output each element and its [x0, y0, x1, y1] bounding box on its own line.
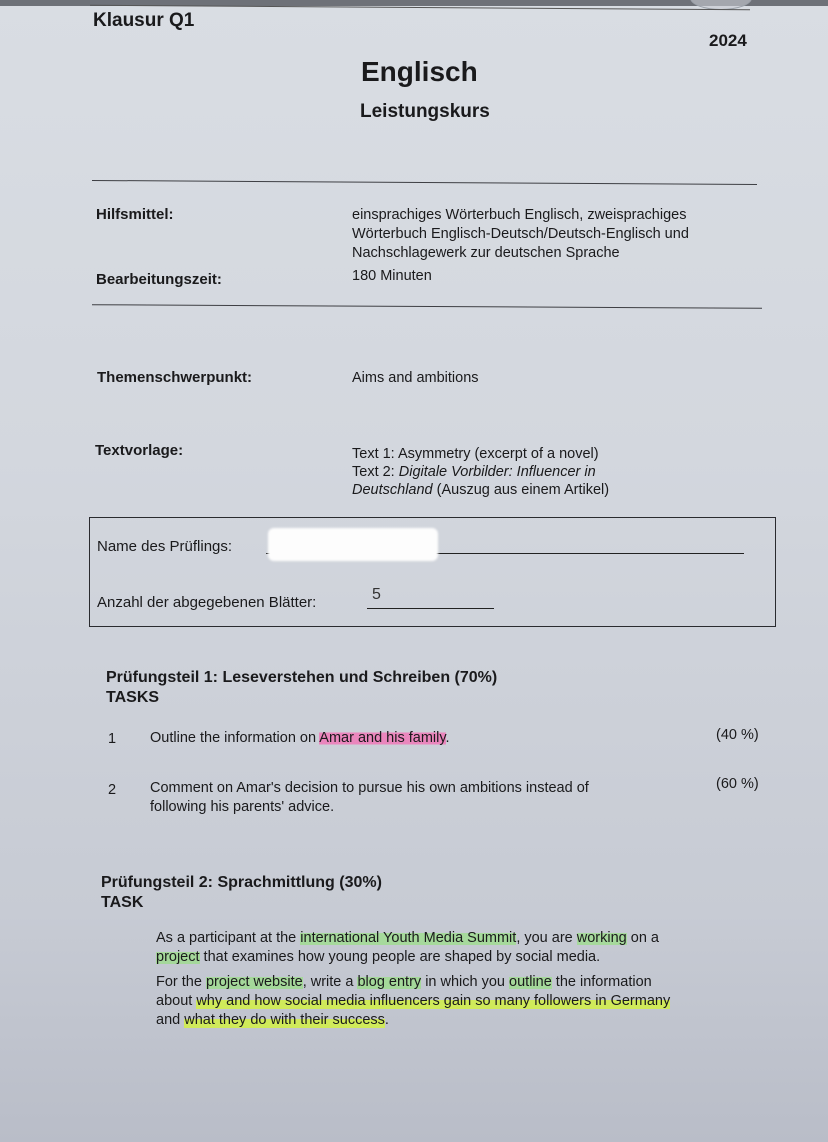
- name-label: Name des Prüflings:: [97, 538, 232, 555]
- task1-text-end: .: [446, 730, 450, 746]
- task2-number: 2: [108, 782, 116, 798]
- text2-title-cont: Deutschland: [352, 482, 433, 498]
- task1-weight: (40 %): [716, 727, 759, 743]
- divider-middle: [92, 304, 762, 309]
- text2-prefix: Text 2:: [352, 464, 399, 480]
- course-title: Leistungskurs: [360, 101, 490, 123]
- sheets-handwritten-value: 5: [372, 586, 381, 604]
- aids-value: einsprachiges Wörterbuch Englisch, zweis…: [352, 206, 689, 263]
- aids-label: Hilfsmittel:: [96, 206, 174, 223]
- highlight-green: project website: [206, 974, 303, 990]
- text-run: For the: [156, 974, 206, 990]
- para2-line3: and what they do with their success.: [156, 1011, 756, 1030]
- task2-line1: Comment on Amar's decision to pursue his…: [150, 779, 589, 798]
- focus-value: Aims and ambitions: [352, 370, 479, 386]
- text1-line: Text 1: Asymmetry (excerpt of a novel): [352, 445, 609, 463]
- task1-number: 1: [108, 731, 116, 747]
- texts-value: Text 1: Asymmetry (excerpt of a novel) T…: [352, 445, 609, 499]
- task1-text-start: Outline the information on: [150, 730, 319, 746]
- aids-line: Nachschlagewerk zur deutschen Sprache: [352, 244, 689, 263]
- aids-line: einsprachiges Wörterbuch Englisch, zweis…: [352, 206, 689, 225]
- text-run: As a participant at the: [156, 930, 300, 946]
- highlight-yellow: why and how social media influencers gai…: [196, 993, 670, 1009]
- task1-text: Outline the information on Amar and his …: [150, 730, 450, 746]
- part1-subtitle: TASKS: [106, 689, 159, 707]
- highlight-green: international Youth Media Summit: [300, 930, 516, 946]
- para1-line2: project that examines how young people a…: [156, 948, 756, 967]
- time-label: Bearbeitungszeit:: [96, 271, 222, 288]
- para2-line2: about why and how social media influence…: [156, 992, 756, 1011]
- name-redaction: [268, 528, 438, 561]
- text-run: , you are: [516, 930, 576, 946]
- part2-paragraph-1: As a participant at the international Yo…: [156, 929, 756, 967]
- exam-cover-page: Klausur Q1 2024 Englisch Leistungskurs H…: [0, 0, 828, 1142]
- task2-line2: following his parents' advice.: [150, 798, 589, 817]
- part2-subtitle: TASK: [101, 894, 143, 912]
- subject-title: Englisch: [361, 56, 478, 88]
- para2-line1: For the project website, write a blog en…: [156, 973, 756, 992]
- part2-paragraph-2: For the project website, write a blog en…: [156, 973, 756, 1030]
- sheets-field[interactable]: [367, 608, 494, 609]
- aids-line: Wörterbuch Englisch-Deutsch/Deutsch-Engl…: [352, 225, 689, 244]
- text2-suffix: (Auszug aus einem Artikel): [433, 482, 610, 498]
- text-run: in which you: [421, 974, 509, 990]
- highlight-green: working: [577, 930, 627, 946]
- time-value: 180 Minuten: [352, 268, 432, 284]
- task1-highlight: Amar and his family: [319, 730, 445, 746]
- highlight-green: project: [156, 949, 200, 965]
- highlight-green: blog entry: [357, 974, 421, 990]
- part1-title: Prüfungsteil 1: Leseverstehen und Schrei…: [106, 669, 497, 687]
- part2-title: Prüfungsteil 2: Sprachmittlung (30%): [101, 874, 382, 892]
- text2-line2: Deutschland (Auszug aus einem Artikel): [352, 481, 609, 499]
- text-run: about: [156, 993, 196, 1009]
- exam-year: 2024: [709, 31, 747, 51]
- task2-text: Comment on Amar's decision to pursue his…: [150, 779, 589, 817]
- texts-label: Textvorlage:: [95, 442, 183, 459]
- task2-weight: (60 %): [716, 776, 759, 792]
- text2-line1: Text 2: Digitale Vorbilder: Influencer i…: [352, 463, 609, 481]
- text-run: on a: [627, 930, 659, 946]
- focus-label: Themenschwerpunkt:: [97, 369, 252, 386]
- text-run: and: [156, 1012, 184, 1028]
- text-run: .: [385, 1012, 389, 1028]
- text-run: , write a: [303, 974, 358, 990]
- sheets-label: Anzahl der abgegebenen Blätter:: [97, 594, 316, 611]
- exam-label: Klausur Q1: [93, 10, 194, 32]
- text2-title: Digitale Vorbilder: Influencer in: [399, 464, 596, 480]
- text-run: the information: [552, 974, 652, 990]
- text-run: that examines how young people are shape…: [200, 949, 601, 965]
- para1-line1: As a participant at the international Yo…: [156, 929, 756, 948]
- highlight-yellow: what they do with their success: [184, 1012, 385, 1028]
- divider-top: [92, 180, 757, 185]
- highlight-green: outline: [509, 974, 552, 990]
